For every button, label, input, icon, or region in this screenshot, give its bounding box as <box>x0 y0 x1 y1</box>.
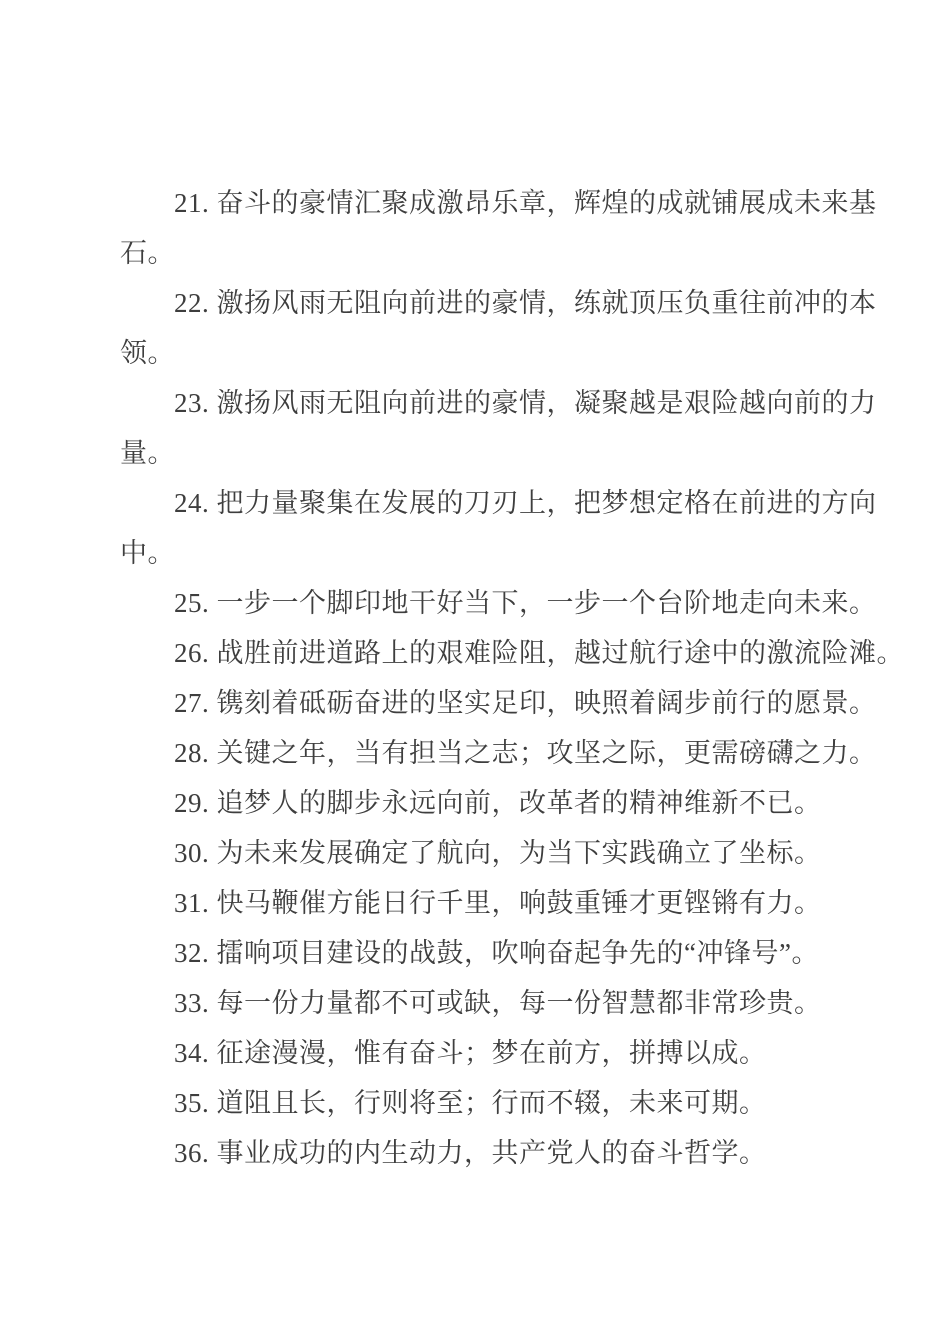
list-item-line: 27. 镌刻着砥砺奋进的坚实足印，映照着阔步前行的愿景。 <box>120 678 860 728</box>
list-item: 26. 战胜前进道路上的艰难险阻，越过航行途中的激流险滩。 <box>120 628 860 678</box>
list-item-line: 29. 追梦人的脚步永远向前，改革者的精神维新不已。 <box>120 778 860 828</box>
list-item-line: 26. 战胜前进道路上的艰难险阻，越过航行途中的激流险滩。 <box>120 628 860 678</box>
list-item-line: 33. 每一份力量都不可或缺，每一份智慧都非常珍贵。 <box>120 978 860 1028</box>
list-item: 28. 关键之年，当有担当之志；攻坚之际，更需磅礴之力。 <box>120 728 860 778</box>
list-item-line: 30. 为未来发展确定了航向，为当下实践确立了坐标。 <box>120 828 860 878</box>
list-item: 36. 事业成功的内生动力，共产党人的奋斗哲学。 <box>120 1128 860 1178</box>
list-item-line: 25. 一步一个脚印地干好当下，一步一个台阶地走向未来。 <box>120 578 860 628</box>
list-item-line: 34. 征途漫漫，惟有奋斗；梦在前方，拼搏以成。 <box>120 1028 860 1078</box>
list-item-line: 中。 <box>120 528 860 578</box>
list-item-line: 35. 道阻且长，行则将至；行而不辍，未来可期。 <box>120 1078 860 1128</box>
document-page: 21. 奋斗的豪情汇聚成激昂乐章，辉煌的成就铺展成未来基 石。 22. 激扬风雨… <box>0 0 950 1344</box>
list-item: 34. 征途漫漫，惟有奋斗；梦在前方，拼搏以成。 <box>120 1028 860 1078</box>
list-item: 30. 为未来发展确定了航向，为当下实践确立了坐标。 <box>120 828 860 878</box>
list-item-line: 36. 事业成功的内生动力，共产党人的奋斗哲学。 <box>120 1128 860 1178</box>
list-item-line: 22. 激扬风雨无阻向前进的豪情，练就顶压负重往前冲的本 <box>120 278 860 328</box>
list-item: 35. 道阻且长，行则将至；行而不辍，未来可期。 <box>120 1078 860 1128</box>
list-item: 24. 把力量聚集在发展的刀刃上，把梦想定格在前进的方向 中。 <box>120 478 860 578</box>
list-item-line: 石。 <box>120 228 860 278</box>
list-item-line: 23. 激扬风雨无阻向前进的豪情，凝聚越是艰险越向前的力 <box>120 378 860 428</box>
list-item: 33. 每一份力量都不可或缺，每一份智慧都非常珍贵。 <box>120 978 860 1028</box>
list-item-line: 领。 <box>120 328 860 378</box>
list-item-line: 28. 关键之年，当有担当之志；攻坚之际，更需磅礴之力。 <box>120 728 860 778</box>
list-item: 25. 一步一个脚印地干好当下，一步一个台阶地走向未来。 <box>120 578 860 628</box>
list-item: 21. 奋斗的豪情汇聚成激昂乐章，辉煌的成就铺展成未来基 石。 <box>120 178 860 278</box>
list-item: 32. 擂响项目建设的战鼓，吹响奋起争先的“冲锋号”。 <box>120 928 860 978</box>
list-item: 29. 追梦人的脚步永远向前，改革者的精神维新不已。 <box>120 778 860 828</box>
list-item: 23. 激扬风雨无阻向前进的豪情，凝聚越是艰险越向前的力 量。 <box>120 378 860 478</box>
list-item-line: 31. 快马鞭催方能日行千里，响鼓重锤才更铿锵有力。 <box>120 878 860 928</box>
list-item: 27. 镌刻着砥砺奋进的坚实足印，映照着阔步前行的愿景。 <box>120 678 860 728</box>
list-item-line: 量。 <box>120 428 860 478</box>
list-item-line: 21. 奋斗的豪情汇聚成激昂乐章，辉煌的成就铺展成未来基 <box>120 178 860 228</box>
list-item: 31. 快马鞭催方能日行千里，响鼓重锤才更铿锵有力。 <box>120 878 860 928</box>
list-item-line: 24. 把力量聚集在发展的刀刃上，把梦想定格在前进的方向 <box>120 478 860 528</box>
list-item-line: 32. 擂响项目建设的战鼓，吹响奋起争先的“冲锋号”。 <box>120 928 860 978</box>
list-item: 22. 激扬风雨无阻向前进的豪情，练就顶压负重往前冲的本 领。 <box>120 278 860 378</box>
